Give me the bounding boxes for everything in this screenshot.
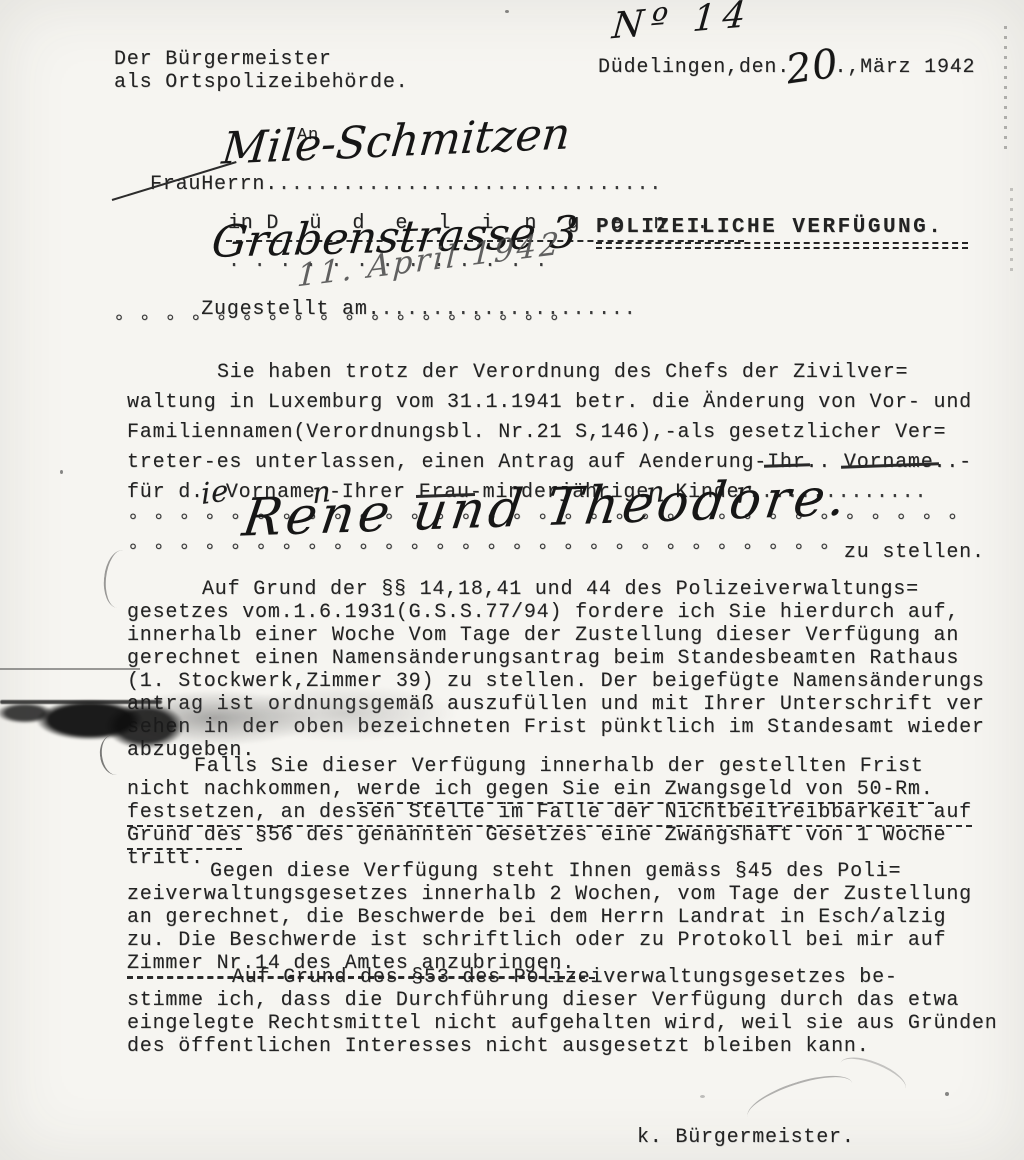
p2-line2: gesetzes vom.1.6.1931(G.S.S.77/94) forde… [127,601,1024,624]
place-date-suffix: .,März 1942 [835,56,976,79]
paragraph-4: Gegen diese Verfügung steht Ihnen gemäss… [127,860,1024,975]
right-edge-dot-marks-top [1004,26,1007,154]
date-day-handwritten: 20 [786,63,838,70]
paper-speck [700,1095,705,1098]
paragraph-5: Auf Grund des §53 des Polizeiverwaltungs… [127,966,1024,1058]
p2-line6: antrag ist ordnungsgemäß auszufüllen und… [127,693,1024,716]
p4-line4: zu. Die Beschwerde ist schriftlich oder … [127,929,1024,952]
file-number-handwritten: Nº 14 [610,0,754,47]
p1-line4: treter-es unterlassen, einen Antrag auf … [127,448,1024,478]
p1-l5-hand-insert-2: n [313,491,332,494]
p1-l5-struck-frau: Frau [419,478,470,508]
p1-l7-text: zu stellen. [844,541,985,564]
p1-l5-hand-insert-4: r [736,491,751,493]
an-label: An [297,126,319,145]
p1-l5-text3: -Ihrer [329,481,419,504]
p1-l5-text2: Vorname [226,481,316,504]
signature-line: k. Bürgermeister. [637,1126,855,1149]
sender-line-1: Der Bürgermeister [114,48,408,71]
p1-l4-struck-vorname: Vorname [844,448,934,478]
p1-line7: ° ° ° ° ° ° ° ° ° ° ° ° ° ° ° ° ° ° ° ° … [127,538,1024,568]
p3-line3: festsetzen, an dessen Stelle im Falle de… [127,801,1024,824]
title-double-underline [596,247,968,249]
document-title: POLIZEILICHE VERFÜGUNG. [596,216,968,244]
p4-line3: an gerechnet, die Beschwerde bei dem Her… [127,906,1024,929]
p1-dotted-fill-line: ° ° ° ° ° ° ° ° ° ° ° ° ° ° ° ° ° ° ° ° … [127,508,1024,538]
p3-line1: Falls Sie dieser Verfügung innerhalb der… [127,755,1024,778]
paper-speck [945,1092,949,1096]
p1-line1: Sie haben trotz der Verordnung des Chefs… [127,358,1024,388]
p2-line7: sehen in der oben bezeichneten Frist pün… [127,716,1024,739]
paragraph-2: Auf Grund der §§ 14,18,41 und 44 des Pol… [127,578,1024,762]
p1-l5-hand-insert-3: n [646,491,665,494]
title-block: POLIZEILICHE VERFÜGUNG. [596,216,968,249]
p2-line1: Auf Grund der §§ 14,18,41 und 44 des Pol… [127,578,1024,601]
p4-line1: Gegen diese Verfügung steht Ihnen gemäss… [127,860,1024,883]
p5-line4: des öffentlichen Interesses nicht ausges… [127,1035,1024,1058]
paper-speck [60,470,63,474]
p1-l5-hand-insert-1: ie [201,490,229,494]
sender-block: Der Bürgermeister als Ortspolizeibehörde… [114,48,408,94]
signature-scribble-1 [742,1066,858,1134]
place-date-line: Düdelingen,den.20.,März 1942 [598,56,975,79]
ink-streak [0,700,162,704]
p1-l5-text4: -minderjährige [470,481,649,504]
dots-row: ° ° ° ° ° ° ° ° ° ° ° ° ° ° ° ° ° ° [113,312,561,335]
p1-l4-tail: ..- [934,451,972,474]
ink-streak-faint [0,668,140,670]
p4-line2: zeiverwaltungsgesetzes innerhalb 2 Woche… [127,883,1024,906]
right-edge-dot-marks-mid [1010,188,1013,272]
paper-speck [505,10,509,13]
p5-line2: stimme ich, dass die Durchführung dieser… [127,989,1024,1012]
herrn-dotted-line: .............................. [278,173,662,196]
margin-pencil-arc-bottom [97,733,130,777]
street-dotted-line: . . . . . . . . . . . . . [228,250,548,273]
herrn-line: Herrn............................... [150,150,662,219]
p3-line2: nicht nachkommen, werde ich gegen Sie ei… [127,778,1024,801]
p2-line3: innerhalb einer Woche Vom Tage der Zuste… [127,624,1024,647]
p1-l4-text: treter-es unterlassen, einen Antrag auf … [127,451,767,474]
p5-line3: eingelegte Rechtsmittel nicht aufgehalte… [127,1012,1024,1035]
p1-l5-text5: Kinde [663,481,740,504]
p1-l7-dots: ° ° ° ° ° ° ° ° ° ° ° ° ° ° ° ° ° ° ° ° … [127,541,844,564]
p1-line5: für d.ieVornamen-Ihrer Frau-minderjährig… [127,478,1024,508]
p2-line5: (1. Stockwerk,Zimmer 39) zu stellen. Der… [127,670,1024,693]
p1-l4-dots: .. [806,451,844,474]
p3-line4: Grund des §56 des genannten Gesetzes ein… [127,824,1024,847]
p1-line2: waltung in Luxemburg vom 31.1.1941 betr.… [127,388,1024,418]
paper-speck [952,64,955,67]
herrn-label: Herrn. [201,173,278,196]
place-date-prefix: Düdelingen,den. [598,56,790,79]
sender-line-2: als Ortspolizeibehörde. [114,71,408,94]
p1-l4-struck-ihr: Ihr [767,448,805,478]
paragraph-3: Falls Sie dieser Verfügung innerhalb der… [127,755,1024,870]
p2-line4: gerechnet einen Namensänderungsantrag be… [127,647,1024,670]
scanned-document-page: Der Bürgermeister als Ortspolizeibehörde… [0,0,1024,1160]
paragraph-1: Sie haben trotz der Verordnung des Chefs… [127,358,1024,568]
p5-line1: Auf Grund des §53 des Polizeiverwaltungs… [127,966,1024,989]
p3-l2-text: nicht nachkommen, [127,778,357,801]
p1-line3: Familiennamen(Verordnungsbl. Nr.21 S,146… [127,418,1024,448]
city-prefix: in [228,212,266,235]
p1-l5-text1: für d. [127,481,204,504]
p1-l5-dots: .............. [748,481,927,504]
p3-l4-text: §56 des genannten Gesetzes eine Zwangsha… [242,824,946,847]
